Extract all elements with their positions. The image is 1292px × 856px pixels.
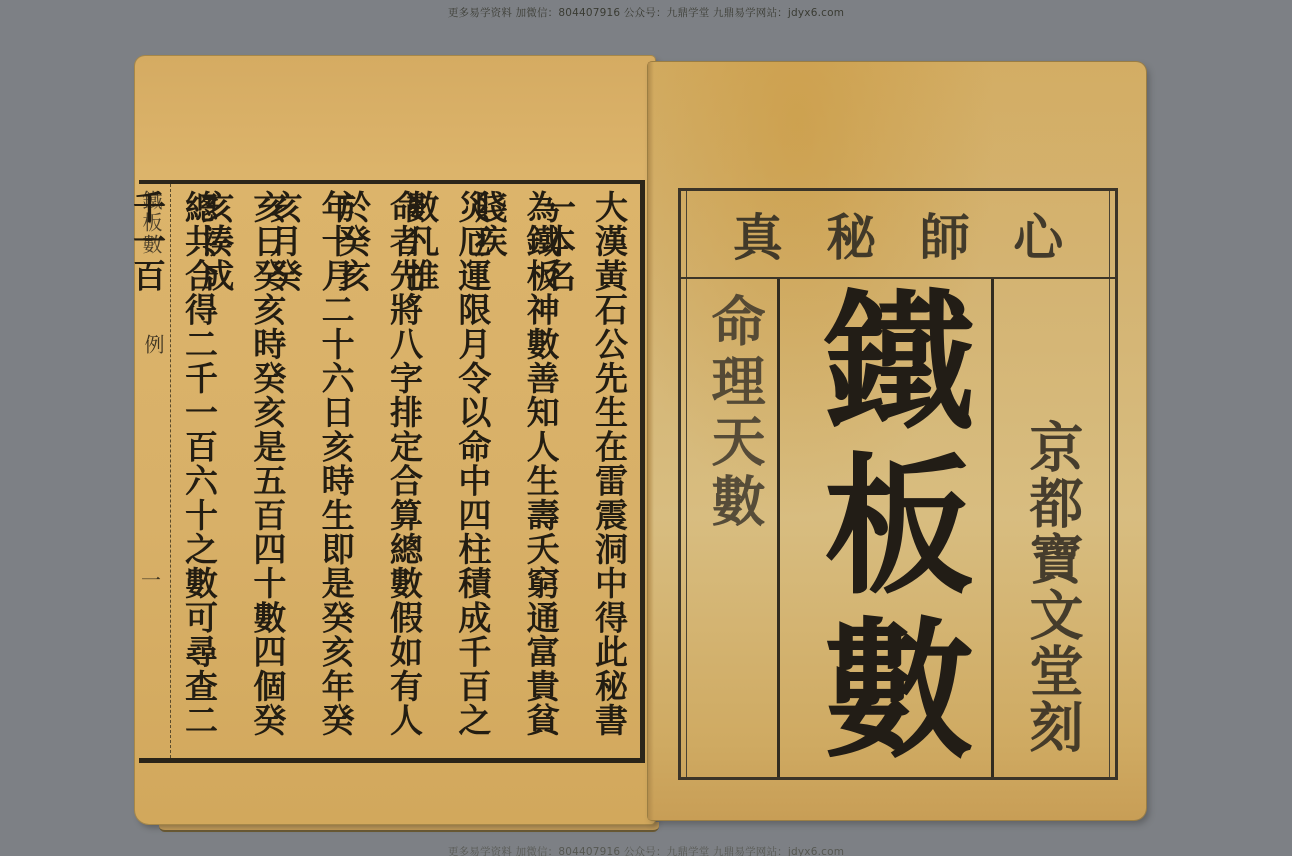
text-column-3: 災厄運限月令以命中四柱積成千百之數凡推 [446, 184, 498, 758]
text-columns: 大漢黃石公先生在雷震洞中得此秘書一本名 為鐵板神數善知人生壽夭窮通富貴貧賤疾 災… [171, 184, 641, 758]
watermark-bottom: 更多易学资料 加微信：804407916 公众号：九鼎学堂 九鼎易学网站：jdy… [0, 844, 1292, 856]
cover-frame: 心 師 秘 真 命理天數 鐵板數 京都寶文堂刻 [678, 188, 1118, 780]
right-page-cover: 心 師 秘 真 命理天數 鐵板數 京都寶文堂刻 [648, 62, 1146, 820]
cover-header: 心 師 秘 真 [681, 191, 1115, 279]
text-frame: 鐵板數 例 一 大漢黃石公先生在雷震洞中得此秘書一本名 為鐵板神數善知人生壽夭窮… [135, 180, 645, 824]
header-char-1: 心 [1013, 198, 1063, 270]
text-column-1: 大漢黃石公先生在雷震洞中得此秘書一本名 [583, 184, 635, 758]
page-gutter-shadow [648, 62, 654, 820]
cover-body: 命理天數 鐵板數 京都寶文堂刻 [681, 279, 1115, 777]
cover-divider-left [777, 279, 780, 777]
margin-page-number: 一 [141, 564, 161, 593]
cover-publisher: 京都寶文堂刻 [1003, 419, 1103, 755]
cover-title: 鐵板數 [783, 283, 989, 775]
watermark-top: 更多易学资料 加微信：804407916 公众号：九鼎学堂 九鼎易学网站：jdy… [0, 5, 1292, 20]
header-char-4: 真 [733, 198, 783, 270]
margin-section-label: 例 [139, 334, 168, 354]
cover-subtitle: 命理天數 [695, 293, 775, 533]
frame-bottom-rule [139, 758, 645, 763]
cover-divider-right [991, 279, 994, 777]
header-char-3: 秘 [826, 198, 876, 270]
header-char-2: 師 [920, 198, 970, 270]
left-page: 鐵板數 例 一 大漢黃石公先生在雷震洞中得此秘書一本名 為鐵板神數善知人生壽夭窮… [135, 56, 655, 824]
